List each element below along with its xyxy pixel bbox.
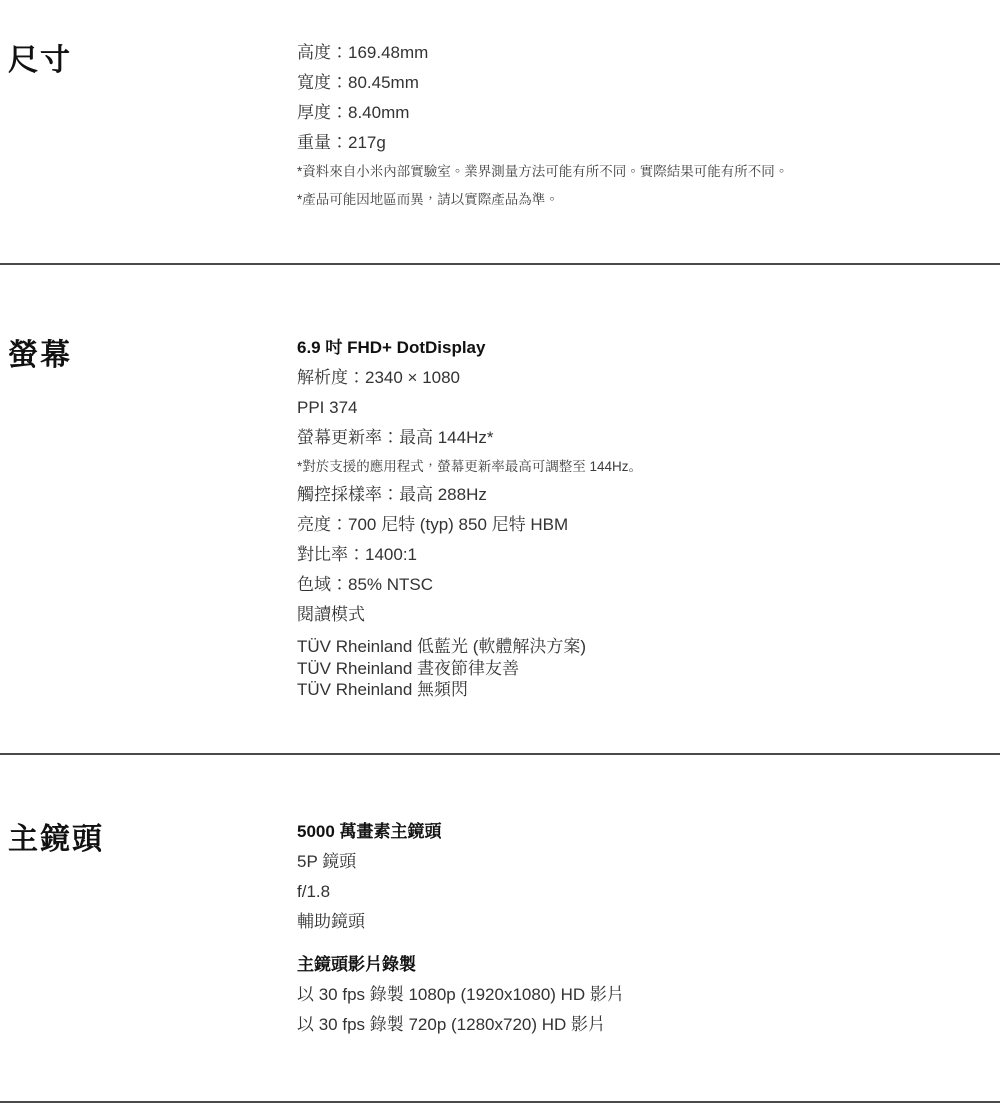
spec-video-720p: 以 30 fps 錄製 720p (1280x720) HD 影片 bbox=[297, 1010, 1000, 1040]
spec-thickness: 厚度：8.40mm bbox=[297, 98, 1000, 128]
display-title: 6.9 吋 FHD+ DotDisplay bbox=[297, 333, 1000, 363]
section-content-dimensions: 高度：169.48mm 寬度：80.45mm 厚度：8.40mm 重量：217g… bbox=[297, 38, 1000, 214]
section-main-camera: 主鏡頭 5000 萬畫素主鏡頭 5P 鏡頭 f/1.8 輔助鏡頭 主鏡頭影片錄製… bbox=[0, 755, 1000, 1101]
spec-reading-mode: 閱讀模式 bbox=[297, 600, 1000, 630]
section-divider bbox=[0, 1101, 1000, 1103]
footnote-refresh-rate: *對於支援的應用程式，螢幕更新率最高可調整至 144Hz。 bbox=[297, 453, 1000, 480]
section-display: 螢幕 6.9 吋 FHD+ DotDisplay 解析度：2340 × 1080… bbox=[0, 265, 1000, 753]
spec-page: 尺寸 高度：169.48mm 寬度：80.45mm 厚度：8.40mm 重量：2… bbox=[0, 0, 1000, 1120]
section-heading-display: 螢幕 bbox=[0, 333, 297, 374]
section-heading-main-camera: 主鏡頭 bbox=[0, 817, 297, 858]
cert-flicker-free: TÜV Rheinland 無頻閃 bbox=[297, 679, 1000, 701]
spec-auxiliary-lens: 輔助鏡頭 bbox=[297, 907, 1000, 937]
section-content-display: 6.9 吋 FHD+ DotDisplay 解析度：2340 × 1080 PP… bbox=[297, 333, 1000, 701]
spec-ppi: PPI 374 bbox=[297, 393, 1000, 423]
spec-aperture: f/1.8 bbox=[297, 877, 1000, 907]
footnote-lab-data: *資料來自小米內部實驗室。業界測量方法可能有所不同。實際結果可能有所不同。 bbox=[297, 158, 1000, 186]
spec-weight: 重量：217g bbox=[297, 128, 1000, 158]
section-heading-dimensions: 尺寸 bbox=[0, 38, 297, 79]
spec-touch-sampling: 觸控採樣率：最高 288Hz bbox=[297, 480, 1000, 510]
spec-resolution: 解析度：2340 × 1080 bbox=[297, 363, 1000, 393]
spec-brightness: 亮度：700 尼特 (typ) 850 尼特 HBM bbox=[297, 510, 1000, 540]
footnote-region-variance: *產品可能因地區而異，請以實際產品為準。 bbox=[297, 186, 1000, 214]
spec-width: 寬度：80.45mm bbox=[297, 68, 1000, 98]
spec-color-gamut: 色域：85% NTSC bbox=[297, 570, 1000, 600]
spec-refresh-rate: 螢幕更新率：最高 144Hz* bbox=[297, 423, 1000, 453]
spec-video-1080p: 以 30 fps 錄製 1080p (1920x1080) HD 影片 bbox=[297, 980, 1000, 1010]
section-dimensions: 尺寸 高度：169.48mm 寬度：80.45mm 厚度：8.40mm 重量：2… bbox=[0, 0, 1000, 263]
spec-height: 高度：169.48mm bbox=[297, 38, 1000, 68]
spec-lens-elements: 5P 鏡頭 bbox=[297, 847, 1000, 877]
camera-title: 5000 萬畫素主鏡頭 bbox=[297, 817, 1000, 847]
cert-circadian-friendly: TÜV Rheinland 晝夜節律友善 bbox=[297, 658, 1000, 680]
spec-contrast: 對比率：1400:1 bbox=[297, 540, 1000, 570]
camera-video-title: 主鏡頭影片錄製 bbox=[297, 950, 1000, 980]
certification-list: TÜV Rheinland 低藍光 (軟體解決方案) TÜV Rheinland… bbox=[297, 636, 1000, 701]
section-content-main-camera: 5000 萬畫素主鏡頭 5P 鏡頭 f/1.8 輔助鏡頭 主鏡頭影片錄製 以 3… bbox=[297, 817, 1000, 1040]
cert-low-blue-light: TÜV Rheinland 低藍光 (軟體解決方案) bbox=[297, 636, 1000, 658]
